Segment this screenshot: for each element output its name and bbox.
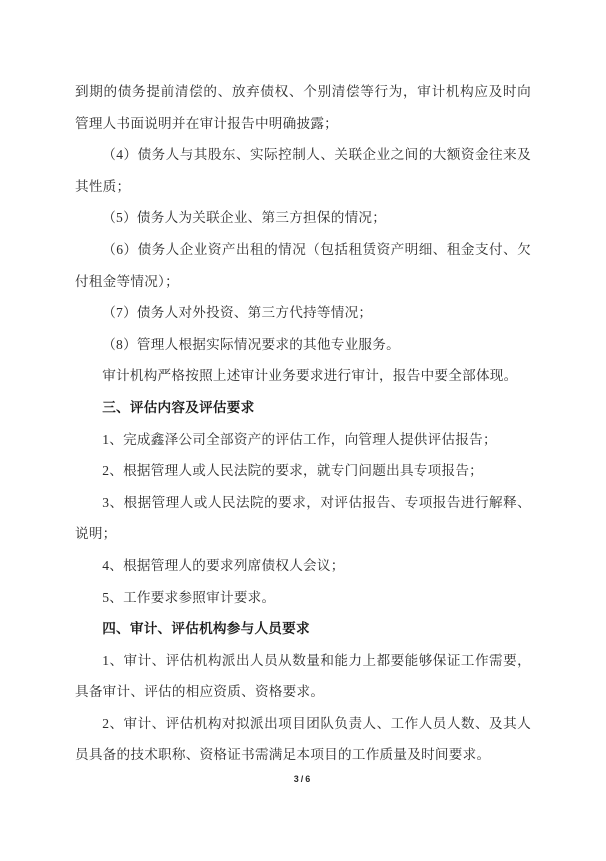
paragraph: 到期的债务提前清偿的、放弃债权、个别清偿等行为，审计机构应及时向管理人书面说明并… bbox=[75, 76, 531, 139]
paragraph: 4、根据管理人的要求列席债权人会议； bbox=[75, 550, 531, 582]
paragraph: （5）债务人为关联企业、第三方担保的情况； bbox=[75, 202, 531, 234]
paragraph: 1、审计、评估机构派出人员从数量和能力上都要能够保证工作需要，具备审计、评估的相… bbox=[75, 645, 531, 708]
paragraph: 1、完成鑫泽公司全部资产的评估工作，向管理人提供评估报告； bbox=[75, 424, 531, 456]
paragraph: 5、工作要求参照审计要求。 bbox=[75, 582, 531, 614]
paragraph: （4）债务人与其股东、实际控制人、关联企业之间的大额资金往来及其性质； bbox=[75, 139, 531, 202]
paragraph: （6）债务人企业资产出租的情况（包括租赁资产明细、租金支付、欠付租金等情况）； bbox=[75, 234, 531, 297]
section-heading: 四、审计、评估机构参与人员要求 bbox=[75, 613, 531, 645]
paragraph: 3、根据管理人或人民法院的要求，对评估报告、专项报告进行解释、说明； bbox=[75, 487, 531, 550]
paragraph: （7）债务人对外投资、第三方代持等情况； bbox=[75, 297, 531, 329]
page-footer: 3/6 bbox=[0, 769, 606, 787]
document-page: 到期的债务提前清偿的、放弃债权、个别清偿等行为，审计机构应及时向管理人书面说明并… bbox=[0, 0, 606, 861]
paragraph: 审计机构严格按照上述审计业务要求进行审计，报告中要全部体现。 bbox=[75, 360, 531, 392]
section-heading: 三、评估内容及评估要求 bbox=[75, 392, 531, 424]
paragraph: 2、根据管理人或人民法院的要求，就专门问题出具专项报告； bbox=[75, 455, 531, 487]
paragraph: 2、审计、评估机构对拟派出项目团队负责人、工作人员人数、及其人员具备的技术职称、… bbox=[75, 708, 531, 771]
paragraph: （8）管理人根据实际情况要求的其他专业服务。 bbox=[75, 329, 531, 361]
document-body: 到期的债务提前清偿的、放弃债权、个别清偿等行为，审计机构应及时向管理人书面说明并… bbox=[75, 76, 531, 771]
page-number: 3/6 bbox=[294, 774, 313, 784]
